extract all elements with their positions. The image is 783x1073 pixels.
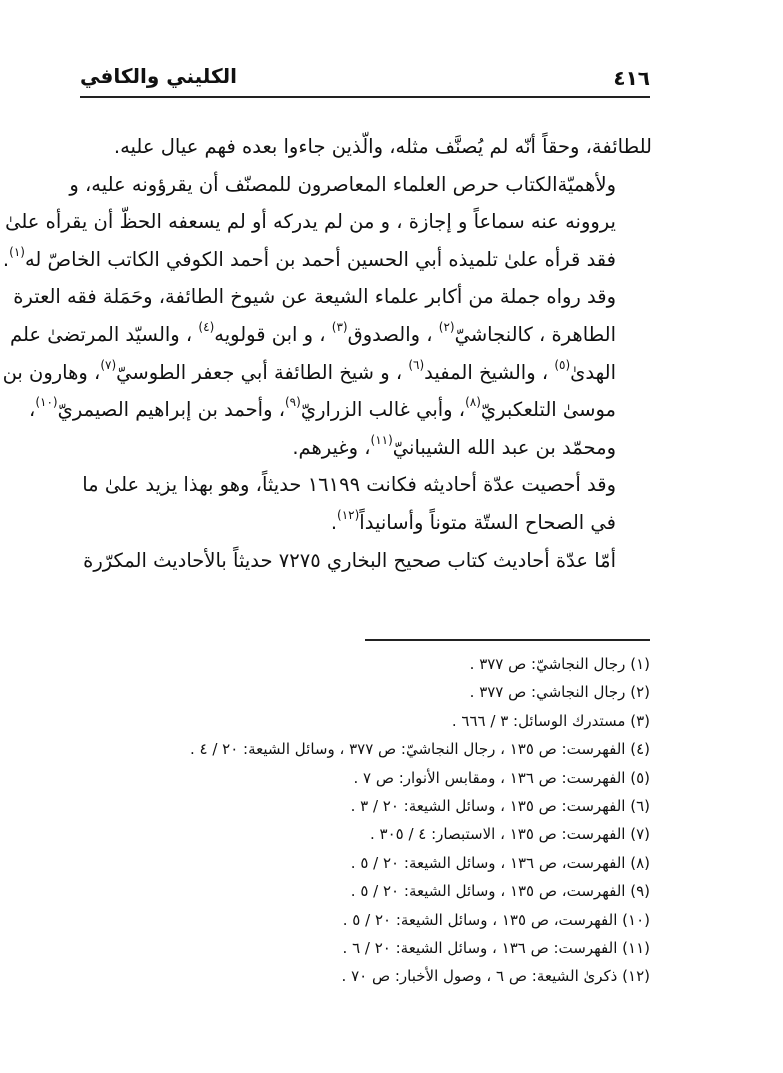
footnote-number: (١) [630,655,650,673]
footnote-item: (٨) الفهرست، ص ١٣٦ ، وسائل الشيعة: ٢٠ / … [200,849,650,877]
footnote-item: (١١) الفهرست: ص ١٣٦ ، وسائل الشيعة: ٢٠ /… [200,934,650,962]
footnote-item: (٦) الفهرست: ص ١٣٥ ، وسائل الشيعة: ٢٠ / … [200,792,650,820]
paragraph: وقد رواه جملة من أكابر علماء الشيعة عن ش… [84,278,652,466]
footnote-item: (٥) الفهرست: ص ١٣٦ ، ومقابس الأنوار: ص ٧… [200,764,650,792]
text-segment: فقد قرأه علىٰ تلميذه أبي الحسين أحمد بن … [25,248,616,271]
text-segment: ، وأحمد بن إبراهيم الصيمريّ [58,398,285,421]
footnote-reference[interactable]: (١٢) [337,508,359,522]
footnote-text: الفهرست، ص ١٣٦ ، وسائل الشيعة: ٢٠ / ٥ . [351,854,626,872]
text-line: فقد قرأه علىٰ تلميذه أبي الحسين أحمد بن … [84,241,652,279]
paragraph: وقد أحصيت عدّة أحاديثه فكانت ١٦١٩٩ حديثا… [84,466,652,541]
text-segment: الهدىٰ [570,361,616,384]
text-segment: ومحمّد بن عبد الله الشيبانيّ [393,436,616,459]
footnote-number: (٤) [630,740,650,758]
footnote-number: (١١) [622,939,650,957]
footnote-text: الفهرست: ص ١٣٥ ، الاستبصار: ٤ / ٣٠٥ . [370,825,625,843]
footnote-reference[interactable]: (٣) [332,320,348,334]
text-line: ومحمّد بن عبد الله الشيبانيّ(١١)، وغيرهم… [84,429,652,467]
text-line: ولأهميّةالكتاب حرص العلماء المعاصرون للم… [84,166,652,204]
footnote-item: (١٢) ذكرىٰ الشيعة: ص ٦ ، وصول الأخبار: ص… [200,962,650,990]
text-segment: ، و شيخ الطائفة أبي جعفر الطوسيّ [116,361,408,384]
text-segment: ، وأبي غالب الزراريّ [301,398,465,421]
running-head: ٤١٦ الكليني والكافي [80,62,650,96]
footnote-text: الفهرست، ص ١٣٥ ، وسائل الشيعة: ٢٠ / ٥ . [351,882,626,900]
text-segment: ، والشيخ المفيد [424,361,554,384]
text-line: للطائفة، وحقاً أنّه لم يُصنَّف مثله، وال… [84,128,652,166]
footnote-number: (٨) [630,854,650,872]
text-segment: وقد رواه جملة من أكابر علماء الشيعة عن ش… [13,285,616,308]
text-segment: وقد أحصيت عدّة أحاديثه فكانت ١٦١٩٩ حديثا… [82,473,616,496]
footnote-text: الفهرست: ص ١٣٥ ، رجال النجاشيّ: ص ٣٧٧ ، … [190,740,625,758]
text-segment: للطائفة، وحقاً أنّه لم يُصنَّف مثله، وال… [114,135,652,158]
footnote-item: (١) رجال النجاشيّ: ص ٣٧٧ . [200,650,650,678]
footnote-reference[interactable]: (١١) [371,433,393,447]
footnote-item: (١٠) الفهرست، ص ١٣٥ ، وسائل الشيعة: ٢٠ /… [200,906,650,934]
header-divider [80,96,650,98]
text-segment: أمّا عدّة أحاديث كتاب صحيح البخاري ٧٢٧٥ … [83,549,616,572]
footnote-reference[interactable]: (٢) [439,320,455,334]
footnote-text: مستدرك الوسائل: ٣ / ٦٦٦ . [452,712,626,730]
text-line: يروونه عنه سماعاً و إجازة ، و من لم يدرك… [84,203,652,241]
footnote-reference[interactable]: (٤) [198,320,214,334]
page-number: ٤١٦ [613,66,650,90]
footnote-number: (٧) [630,825,650,843]
text-line: الهدىٰ(٥) ، والشيخ المفيد(٦) ، و شيخ الط… [84,354,652,392]
text-segment: الطاهرة ، كالنجاشيّ [455,323,616,346]
book-page: ٤١٦ الكليني والكافي للطائفة، وحقاً أنّه … [0,0,783,1073]
footnote-text: الفهرست، ص ١٣٥ ، وسائل الشيعة: ٢٠ / ٥ . [343,911,618,929]
footnote-reference[interactable]: (٦) [408,358,424,372]
footnote-text: الفهرست: ص ١٣٥ ، وسائل الشيعة: ٢٠ / ٣ . [351,797,626,815]
footnote-text: الفهرست: ص ١٣٦ ، ومقابس الأنوار: ص ٧ . [353,769,625,787]
text-segment: في الصحاح الستّة متوناً وأسانيداً [359,511,616,534]
text-segment: يروونه عنه سماعاً و إجازة ، و من لم يدرك… [0,210,616,233]
text-segment: ، والصدوق [348,323,439,346]
footnote-text: ذكرىٰ الشيعة: ص ٦ ، وصول الأخبار: ص ٧٠ . [342,967,618,985]
footnote-item: (٣) مستدرك الوسائل: ٣ / ٦٦٦ . [200,707,650,735]
footnote-reference[interactable]: (١) [9,245,25,259]
text-segment: ، و ابن قولويه [214,323,332,346]
text-line: الطاهرة ، كالنجاشيّ(٢) ، والصدوق(٣) ، و … [84,316,652,354]
footnote-item: (٢) رجال النجاشي: ص ٣٧٧ . [200,678,650,706]
text-line: أمّا عدّة أحاديث كتاب صحيح البخاري ٧٢٧٥ … [84,542,652,580]
text-line: موسىٰ التلعكبريّ(٨)، وأبي غالب الزراريّ(… [84,391,652,429]
footnote-reference[interactable]: (٧) [100,358,116,372]
footnote-reference[interactable]: (١٠) [35,395,57,409]
text-line: وقد أحصيت عدّة أحاديثه فكانت ١٦١٩٩ حديثا… [84,466,652,504]
text-segment: ولأهميّةالكتاب حرص العلماء المعاصرون للم… [69,173,616,196]
text-segment: ، وغيرهم. [292,436,370,459]
running-title: الكليني والكافي [80,64,237,88]
footnote-item: (٩) الفهرست، ص ١٣٥ ، وسائل الشيعة: ٢٠ / … [200,877,650,905]
text-line: في الصحاح الستّة متوناً وأسانيداً(١٢). [84,504,652,542]
footnote-item: (٧) الفهرست: ص ١٣٥ ، الاستبصار: ٤ / ٣٠٥ … [200,820,650,848]
footnote-text: الفهرست: ص ١٣٦ ، وسائل الشيعة: ٢٠ / ٦ . [343,939,618,957]
text-segment: موسىٰ التلعكبريّ [481,398,616,421]
text-segment: ، والسيّد المرتضىٰ علم [10,323,198,346]
footnote-number: (٥) [630,769,650,787]
footnote-number: (٢) [630,683,650,701]
text-line: وقد رواه جملة من أكابر علماء الشيعة عن ش… [84,278,652,316]
footnote-text: رجال النجاشي: ص ٣٧٧ . [470,683,626,701]
footnote-divider [365,639,650,641]
footnote-reference[interactable]: (٨) [465,395,481,409]
footnote-number: (١٢) [622,967,650,985]
footnote-item: (٤) الفهرست: ص ١٣٥ ، رجال النجاشيّ: ص ٣٧… [200,735,650,763]
footnotes: (١) رجال النجاشيّ: ص ٣٧٧ .(٢) رجال النجا… [200,650,650,991]
paragraph: للطائفة، وحقاً أنّه لم يُصنَّف مثله، وال… [84,128,652,166]
footnote-number: (١٠) [622,911,650,929]
footnote-number: (٣) [630,712,650,730]
footnote-number: (٦) [630,797,650,815]
text-segment: ، وهارون بن [3,361,101,384]
footnote-reference[interactable]: (٥) [554,358,570,372]
footnote-reference[interactable]: (٩) [285,395,301,409]
footnote-number: (٩) [630,882,650,900]
paragraph: ولأهميّةالكتاب حرص العلماء المعاصرون للم… [84,166,652,279]
paragraph: أمّا عدّة أحاديث كتاب صحيح البخاري ٧٢٧٥ … [84,542,652,580]
body-text: للطائفة، وحقاً أنّه لم يُصنَّف مثله، وال… [84,128,652,579]
footnote-text: رجال النجاشيّ: ص ٣٧٧ . [470,655,626,673]
